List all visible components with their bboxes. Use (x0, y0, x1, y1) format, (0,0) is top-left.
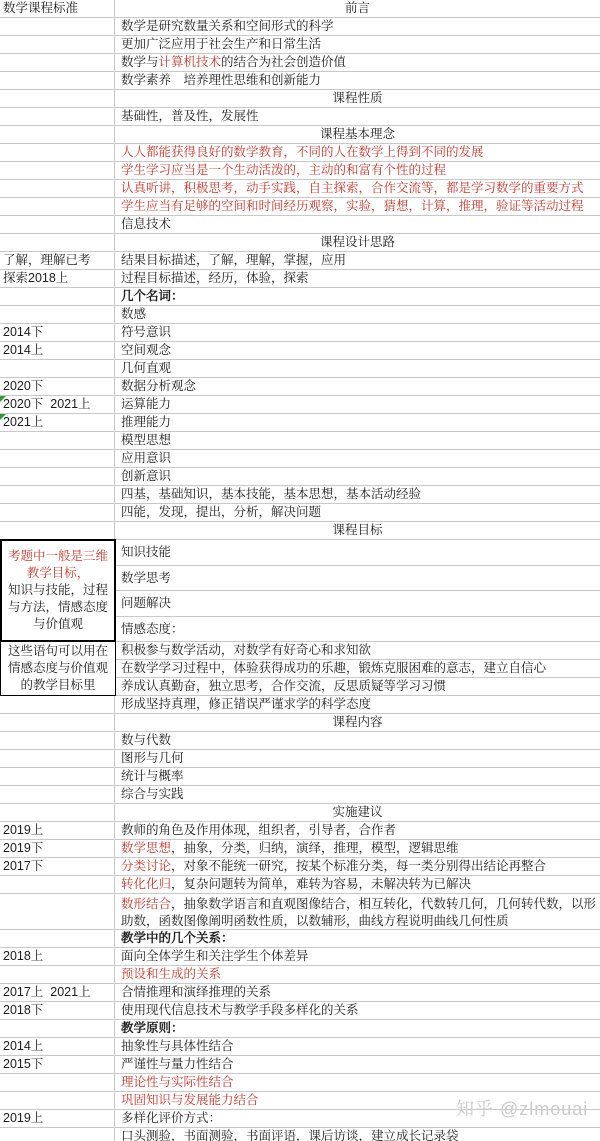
cell-text: 2019上 (3, 1112, 43, 1125)
row-left-cell[interactable] (0, 216, 115, 233)
table-row: 2019上 教师的角色及作用体现，组织者，引导者，合作者 (0, 822, 600, 840)
cell-text: 合情推理和演绎推理的关系 (121, 986, 271, 999)
row-right-cell[interactable]: 课程目标 (115, 522, 600, 539)
row-left-cell[interactable] (0, 930, 115, 947)
row-right-cell[interactable]: 课程内容 (115, 714, 600, 731)
table-row: 教学原则： (0, 1020, 600, 1038)
row-left-cell[interactable] (0, 696, 115, 713)
row-left-cell[interactable] (0, 732, 115, 749)
table-row: 数与代数 (0, 732, 600, 750)
cell-text: 符号意识 (121, 326, 171, 339)
cell-text: 2014上 (3, 344, 43, 357)
table-row: 学生应当有足够的空间和时间经历观察，实验，猜想，计算，推理，验证等活动过程 (0, 198, 600, 216)
row-left-cell[interactable]: 2019上 (0, 822, 115, 839)
cell-text: 数学课程标准 (3, 2, 78, 15)
cell-text: 数学是研究数量关系和空间形式的科学 (121, 20, 334, 33)
row-right-cell[interactable]: 口头测验，书面测验，书面评语，课后访谈，建立成长记录袋 (115, 1128, 600, 1141)
table-row: 课程基本理念 (0, 126, 600, 144)
row-right-cell[interactable]: 应用意识 (115, 450, 600, 467)
row-left-cell[interactable] (0, 288, 115, 305)
cell-text: ，复杂问题转为简单，难转为容易，未解决转为已解决 (171, 878, 471, 891)
cell-text: 课程基本理念 (320, 128, 395, 141)
cell-text: 课程设计思路 (320, 236, 395, 249)
table-row: 信息技术 (0, 216, 600, 234)
table-row: 课程设计思路 (0, 234, 600, 252)
row-right-cell[interactable]: 严谨性与量力性结合 (115, 1056, 600, 1073)
table-row: 课程内容 (0, 714, 600, 732)
row-left-cell[interactable] (0, 162, 115, 179)
cell-text: 数与代数 (121, 734, 171, 747)
cell-text: 严谨性与量力性结合 (121, 1058, 234, 1071)
row-left-cell[interactable] (0, 144, 115, 161)
row-left-cell[interactable] (0, 504, 115, 521)
table-row: 数感 (0, 306, 600, 324)
cell-text: 知识与技能，过程与方法，情感态度与价值观 (3, 582, 113, 633)
cell-text: 人人都能获得良好的数学教育，不同的人在数学上得到不同的发展 (121, 146, 484, 159)
table-row: 2020下 2021上 运算能力 (0, 396, 600, 414)
cell-text: 2020下 2021上 (3, 398, 91, 411)
cell-text: 多样化评价方式： (121, 1112, 221, 1125)
cell-text: 2018下 (3, 1004, 43, 1017)
table-row: 数形结合，抽象数学语言和直观图像结合，相互转化，代数转几何，几何转代数，以形助数… (0, 894, 600, 930)
row-right-cell[interactable]: 问题解决 (115, 591, 600, 616)
cell-text: ，抽象数学语言和直观图像结合，相互转化，代数转几何，几何转代数，以形助数，函数图… (121, 897, 596, 928)
table-row: 综合与实践 (0, 786, 600, 804)
row-left-cell[interactable]: 2018上 (0, 948, 115, 965)
row-right-cell[interactable]: 信息技术 (115, 216, 600, 233)
row-right-cell[interactable]: 四基，基础知识，基本技能，基本思想，基本活动经验 (115, 486, 600, 503)
cell-text: 数学素养 培养理性思维和创新能力 (121, 74, 321, 87)
cell-text: 四能，发现，提出，分析，解决问题 (121, 506, 321, 519)
row-left-cell[interactable] (0, 306, 115, 323)
row-left-cell[interactable]: 2020下 (0, 378, 115, 395)
cell-text: 考题中一般是三维教学目标， (3, 548, 113, 582)
cell-text: 运算能力 (121, 398, 171, 411)
table-row: 认真听讲，积极思考，动手实践，自主探索，合作交流等，都是学习数学的重要方式 (0, 180, 600, 198)
cell-text: 几何直观 (121, 362, 171, 375)
annotation-cell[interactable]: 这些语句可以用在情感态度与价值观的教学目标里 (0, 641, 116, 696)
cell-text: 积极参与数学活动，对数学有好奇心和求知欲 (121, 644, 371, 657)
cell-text: 综合与实践 (121, 788, 184, 801)
row-right-cell[interactable]: 更加广泛应用于社会生产和日常生活 (115, 36, 600, 53)
table-row: 人人都能获得良好的数学教育，不同的人在数学上得到不同的发展 (0, 144, 600, 162)
cell-text: 2015下 (3, 1058, 43, 1071)
cell-text: 前言 (345, 2, 370, 15)
table-row: 2014上 抽象性与具体性结合 (0, 1038, 600, 1056)
row-left-cell[interactable] (0, 126, 115, 143)
cell-text: 课程内容 (332, 716, 382, 729)
row-left-cell[interactable] (0, 36, 115, 53)
cell-text: ，对象不能统一研究，按某个标准分类，每一类分别得出结论再整合 (171, 860, 546, 873)
watermark: 知乎 @zlmouai (456, 1100, 588, 1118)
table-row: 基础性，普及性，发展性 (0, 108, 600, 126)
row-left-cell[interactable]: 2018下 (0, 1002, 115, 1019)
row-right-cell[interactable]: 合情推理和演绎推理的关系 (115, 984, 600, 1001)
cell-text: 更加广泛应用于社会生产和日常生活 (121, 38, 321, 51)
row-left-cell[interactable] (0, 432, 115, 449)
row-right-cell[interactable]: 推理能力 (115, 414, 600, 431)
row-right-cell[interactable]: 人人都能获得良好的数学教育，不同的人在数学上得到不同的发展 (115, 144, 600, 161)
cell-text: 几个名词： (121, 290, 184, 303)
row-right-cell[interactable]: 数学思想，抽象，分类，归纳，演绎，推理，模型，逻辑思维 (115, 840, 600, 857)
cell-text: 2020下 (3, 380, 43, 393)
row-left-cell[interactable] (0, 486, 115, 503)
row-right-cell[interactable]: 数感 (115, 306, 600, 323)
table-row: 四基，基础知识，基本技能，基本思想，基本活动经验 (0, 486, 600, 504)
row-right-cell[interactable]: 空间观念 (115, 342, 600, 359)
cell-text: 计算机技术 (159, 56, 222, 69)
row-right-cell[interactable]: 形成坚持真理，修正错误严谨求学的科学态度 (115, 696, 600, 713)
cell-text: 数形结合 (121, 897, 171, 911)
table-row: 几个名词： (0, 288, 600, 306)
cell-text: ，抽象，分类，归纳，演绎，推理，模型，逻辑思维 (171, 842, 459, 855)
cell-text: 数学思考 (121, 572, 171, 585)
cell-text: 的结合为社会创造价值 (221, 56, 346, 69)
row-left-cell[interactable] (0, 1074, 115, 1091)
cell-text: 2017上 2021上 (3, 986, 91, 999)
row-right-cell[interactable]: 创新意识 (115, 468, 600, 485)
table-row: 图形与几何 (0, 750, 600, 768)
row-left-cell[interactable] (0, 180, 115, 197)
row-right-cell[interactable]: 数学素养 培养理性思维和创新能力 (115, 72, 600, 89)
row-left-cell[interactable] (0, 54, 115, 71)
table-row: 2019下 数学思想，抽象，分类，归纳，演绎，推理，模型，逻辑思维 (0, 840, 600, 858)
row-left-cell[interactable] (0, 198, 115, 215)
row-right-cell[interactable]: 模型思想 (115, 432, 600, 449)
row-right-cell[interactable]: 情感态度： (115, 617, 600, 642)
table-row: 2018上 面向全体学生和关注学生个体差异 (0, 948, 600, 966)
table-row: 课程目标 (0, 522, 600, 540)
row-left-cell[interactable] (0, 522, 115, 539)
row-right-cell[interactable]: 理论性与实际性结合 (115, 1074, 600, 1091)
row-left-cell[interactable]: 2017下 (0, 858, 115, 875)
cell-text: 探索2018上 (3, 272, 68, 285)
row-left-cell[interactable]: 数学课程标准 (0, 0, 115, 17)
cell-text: 四基，基础知识，基本技能，基本思想，基本活动经验 (121, 488, 421, 501)
cell-text: 2014上 (3, 1040, 43, 1053)
row-right-cell[interactable]: 抽象性与具体性结合 (115, 1038, 600, 1055)
cell-text: 学生应当有足够的空间和时间经历观察，实验，猜想，计算，推理，验证等活动过程 (121, 200, 584, 213)
cell-text: 分类讨论 (121, 860, 171, 873)
cell-text: 信息技术 (121, 218, 171, 231)
row-left-cell[interactable]: 2014下 (0, 324, 115, 341)
row-right-cell[interactable]: 转化化归，复杂问题转为简单，难转为容易，未解决转为已解决 (115, 876, 600, 893)
table-row: 更加广泛应用于社会生产和日常生活 (0, 36, 600, 54)
cell-text: 数据分析观念 (121, 380, 196, 393)
table-row: 课程性质 (0, 90, 600, 108)
cell-text: 抽象性与具体性结合 (121, 1040, 234, 1053)
cell-text: 应用意识 (121, 452, 171, 465)
row-right-cell[interactable]: 教学中的几个关系： (115, 930, 600, 947)
error-triangle-icon (0, 414, 6, 420)
row-right-cell[interactable]: 几个名词： (115, 288, 600, 305)
row-right-cell[interactable]: 数据分析观念 (115, 378, 600, 395)
table-row: 转化化归，复杂问题转为简单，难转为容易，未解决转为已解决 (0, 876, 600, 894)
row-left-cell[interactable] (0, 786, 115, 803)
row-left-cell[interactable]: 探索2018上 (0, 270, 115, 287)
table-row: 2021上 推理能力 (0, 414, 600, 432)
row-right-cell[interactable]: 课程性质 (115, 90, 600, 107)
row-left-cell[interactable] (0, 966, 115, 983)
table-row: 口头测验，书面测验，书面评语，课后访谈，建立成长记录袋 (0, 1128, 600, 1141)
row-right-cell[interactable]: 在数学学习过程中，体验获得成功的乐趣，锻炼克服困难的意志，建立自信心 (115, 660, 600, 677)
table-row: 2017上 2021上 合情推理和演绎推理的关系 (0, 984, 600, 1002)
cell-text: 口头测验，书面测验，书面评语，课后访谈，建立成长记录袋 (121, 1130, 459, 1141)
cell-text: 形成坚持真理，修正错误严谨求学的科学态度 (121, 698, 371, 711)
table-row: 探索2018上 过程目标描述，经历，体验，探索 (0, 270, 600, 288)
cell-text: 问题解决 (121, 597, 171, 610)
row-right-cell[interactable]: 基础性，普及性，发展性 (115, 108, 600, 125)
cell-text: 教学中的几个关系： (121, 932, 234, 945)
table-row: 教学中的几个关系： (0, 930, 600, 948)
table-row: 应用意识 (0, 450, 600, 468)
cell-text: 学生学习应当是一个生动活泼的，主动的和富有个性的过程 (121, 164, 446, 177)
row-left-cell[interactable] (0, 714, 115, 731)
table-row: 形成坚持真理，修正错误严谨求学的科学态度 (0, 696, 600, 714)
row-right-cell[interactable]: 预设和生成的关系 (115, 966, 600, 983)
row-left-cell[interactable] (0, 468, 115, 485)
row-left-cell[interactable] (0, 360, 115, 377)
row-left-cell[interactable] (0, 1020, 115, 1037)
cell-text: 模型思想 (121, 434, 171, 447)
row-right-cell[interactable]: 图形与几何 (115, 750, 600, 767)
row-right-cell[interactable]: 实施建议 (115, 804, 600, 821)
cell-text: 知识技能 (121, 546, 171, 559)
cell-text: 教师的角色及作用体现，组织者，引导者，合作者 (121, 824, 396, 837)
cell-text: 数感 (121, 308, 146, 321)
row-left-cell[interactable]: 2021上 (0, 414, 115, 431)
row-left-cell[interactable]: 2019上 (0, 1110, 115, 1127)
cell-text: 2014下 (3, 326, 43, 339)
row-left-cell[interactable]: 2014上 (0, 1038, 115, 1055)
row-right-cell[interactable]: 数学与计算机技术的结合为社会创造价值 (115, 54, 600, 71)
row-left-cell[interactable] (0, 1092, 115, 1109)
row-left-cell[interactable] (0, 18, 115, 35)
table-row: 2014上 空间观念 (0, 342, 600, 360)
table-row: 几何直观 (0, 360, 600, 378)
row-right-cell[interactable]: 使用现代信息技术与教学手段多样化的关系 (115, 1002, 600, 1019)
table-row: 2015下 严谨性与量力性结合 (0, 1056, 600, 1074)
row-right-cell[interactable]: 养成认真勤奋，独立思考，合作交流，反思质疑等学习习惯 (115, 678, 600, 695)
table-row: 四能，发现，提出，分析，解决问题 (0, 504, 600, 522)
row-right-cell[interactable]: 学生学习应当是一个生动活泼的，主动的和富有个性的过程 (115, 162, 600, 179)
cell-text: 认真听讲，积极思考，动手实践，自主探索，合作交流等，都是学习数学的重要方式 (121, 182, 584, 195)
cell-text: 转化化归 (121, 878, 171, 891)
table-row: 2018下 使用现代信息技术与教学手段多样化的关系 (0, 1002, 600, 1020)
table-row: 数学是研究数量关系和空间形式的科学 (0, 18, 600, 36)
row-right-cell[interactable]: 四能，发现，提出，分析，解决问题 (115, 504, 600, 521)
cell-text: 情感态度： (121, 623, 184, 636)
row-right-cell[interactable]: 分类讨论，对象不能统一研究，按某个标准分类，每一类分别得出结论再整合 (115, 858, 600, 875)
cell-text: 基础性，普及性，发展性 (121, 110, 259, 123)
table-row: 了解，理解已考 结果目标描述，了解，理解，掌握，应用 (0, 252, 600, 270)
row-left-cell[interactable] (0, 90, 115, 107)
row-right-cell[interactable]: 统计与概率 (115, 768, 600, 785)
row-right-cell[interactable]: 数学是研究数量关系和空间形式的科学 (115, 18, 600, 35)
cell-text: 图形与几何 (121, 752, 184, 765)
cell-text: 2021上 (3, 416, 43, 429)
row-left-cell[interactable]: 2019下 (0, 840, 115, 857)
row-left-cell[interactable] (0, 108, 115, 125)
cell-text: 2018上 (3, 950, 43, 963)
row-right-cell[interactable]: 几何直观 (115, 360, 600, 377)
table-row: 理论性与实际性结合 (0, 1074, 600, 1092)
cell-text: 养成认真勤奋，独立思考，合作交流，反思质疑等学习习惯 (121, 680, 446, 693)
cell-text: 这些语句可以用在情感态度与价值观的教学目标里 (2, 643, 114, 694)
row-left-cell[interactable] (0, 894, 115, 929)
cell-text: 教学原则： (121, 1022, 184, 1035)
row-right-cell[interactable]: 数与代数 (115, 732, 600, 749)
row-left-cell[interactable] (0, 450, 115, 467)
row-right-cell[interactable]: 积极参与数学活动，对数学有好奇心和求知欲 (115, 642, 600, 659)
row-left-cell[interactable]: 2015下 (0, 1056, 115, 1073)
cell-text: 统计与概率 (121, 770, 184, 783)
cell-text: 空间观念 (121, 344, 171, 357)
cell-text: 面向全体学生和关注学生个体差异 (121, 950, 309, 963)
row-left-cell[interactable] (0, 234, 115, 251)
row-left-cell[interactable] (0, 876, 115, 893)
row-left-cell[interactable] (0, 750, 115, 767)
cell-text: 2017下 (3, 860, 43, 873)
cell-text: 巩固知识与发展能力结合 (121, 1094, 259, 1107)
row-right-cell[interactable]: 数形结合，抽象数学语言和直观图像结合，相互转化，代数转几何，几何转代数，以形助数… (115, 894, 600, 929)
row-right-cell[interactable]: 知识技能 (115, 540, 600, 565)
row-right-cell[interactable]: 教师的角色及作用体现，组织者，引导者，合作者 (115, 822, 600, 839)
table-row: 预设和生成的关系 (0, 966, 600, 984)
table-row: 数学素养 培养理性思维和创新能力 (0, 72, 600, 90)
row-right-cell[interactable]: 教学原则： (115, 1020, 600, 1037)
row-left-cell[interactable]: 2020下 2021上 (0, 396, 115, 413)
cell-text: 理论性与实际性结合 (121, 1076, 234, 1089)
row-left-cell[interactable]: 了解，理解已考 (0, 252, 115, 269)
selected-annotation-cell[interactable]: 考题中一般是三维教学目标，知识与技能，过程与方法，情感态度与价值观 (0, 539, 116, 642)
row-right-cell[interactable]: 数学思考 (115, 566, 600, 591)
row-left-cell[interactable]: 2014上 (0, 342, 115, 359)
row-right-cell[interactable]: 符号意识 (115, 324, 600, 341)
cell-text: 使用现代信息技术与教学手段多样化的关系 (121, 1004, 359, 1017)
row-right-cell[interactable]: 课程基本理念 (115, 126, 600, 143)
table-row: 数学与计算机技术的结合为社会创造价值 (0, 54, 600, 72)
row-left-cell[interactable]: 2017上 2021上 (0, 984, 115, 1001)
cell-text: 了解，理解已考 (3, 254, 91, 267)
cell-text: 数学与 (121, 56, 159, 69)
row-right-cell[interactable]: 综合与实践 (115, 786, 600, 803)
row-left-cell[interactable] (0, 768, 115, 785)
row-right-cell[interactable]: 过程目标描述，经历，体验，探索 (115, 270, 600, 287)
cell-text: 创新意识 (121, 470, 171, 483)
row-right-cell[interactable]: 认真听讲，积极思考，动手实践，自主探索，合作交流等，都是学习数学的重要方式 (115, 180, 600, 197)
cell-text: 2019上 (3, 824, 43, 837)
cell-text: 课程目标 (332, 524, 382, 537)
spreadsheet-screenshot: 数学课程标准 前言 数学是研究数量关系和空间形式的科学 更加广泛应用于社会生产和… (0, 0, 600, 1141)
table-row: 数学课程标准 前言 (0, 0, 600, 18)
cell-text: 2019下 (3, 842, 43, 855)
table-row: 2014下 符号意识 (0, 324, 600, 342)
row-left-cell[interactable] (0, 1128, 115, 1141)
table-row: 统计与概率 (0, 768, 600, 786)
row-right-cell[interactable]: 运算能力 (115, 396, 600, 413)
row-right-cell[interactable]: 前言 (115, 0, 600, 17)
cell-text: 推理能力 (121, 416, 171, 429)
cell-text: 数学思想 (121, 842, 171, 855)
table-row: 2017下 分类讨论，对象不能统一研究，按某个标准分类，每一类分别得出结论再整合 (0, 858, 600, 876)
table-row: 模型思想 (0, 432, 600, 450)
table-row: 学生学习应当是一个生动活泼的，主动的和富有个性的过程 (0, 162, 600, 180)
row-right-cell[interactable]: 学生应当有足够的空间和时间经历观察，实验，猜想，计算，推理，验证等活动过程 (115, 198, 600, 215)
row-left-cell[interactable] (0, 72, 115, 89)
cell-text: 过程目标描述，经历，体验，探索 (121, 272, 309, 285)
cell-text: 在数学学习过程中，体验获得成功的乐趣，锻炼克服困难的意志，建立自信心 (121, 662, 546, 675)
row-right-cell[interactable]: 课程设计思路 (115, 234, 600, 251)
cell-text: 课程性质 (332, 92, 382, 105)
cell-text: 预设和生成的关系 (121, 968, 221, 981)
cell-text: 实施建议 (332, 806, 382, 819)
error-triangle-icon (0, 396, 6, 402)
row-left-cell[interactable] (0, 804, 115, 821)
row-right-cell[interactable]: 结果目标描述，了解，理解，掌握，应用 (115, 252, 600, 269)
cell-text: 结果目标描述，了解，理解，掌握，应用 (121, 254, 346, 267)
table-row: 2020下 数据分析观念 (0, 378, 600, 396)
table-row: 创新意识 (0, 468, 600, 486)
table-row: 实施建议 (0, 804, 600, 822)
row-right-cell[interactable]: 面向全体学生和关注学生个体差异 (115, 948, 600, 965)
